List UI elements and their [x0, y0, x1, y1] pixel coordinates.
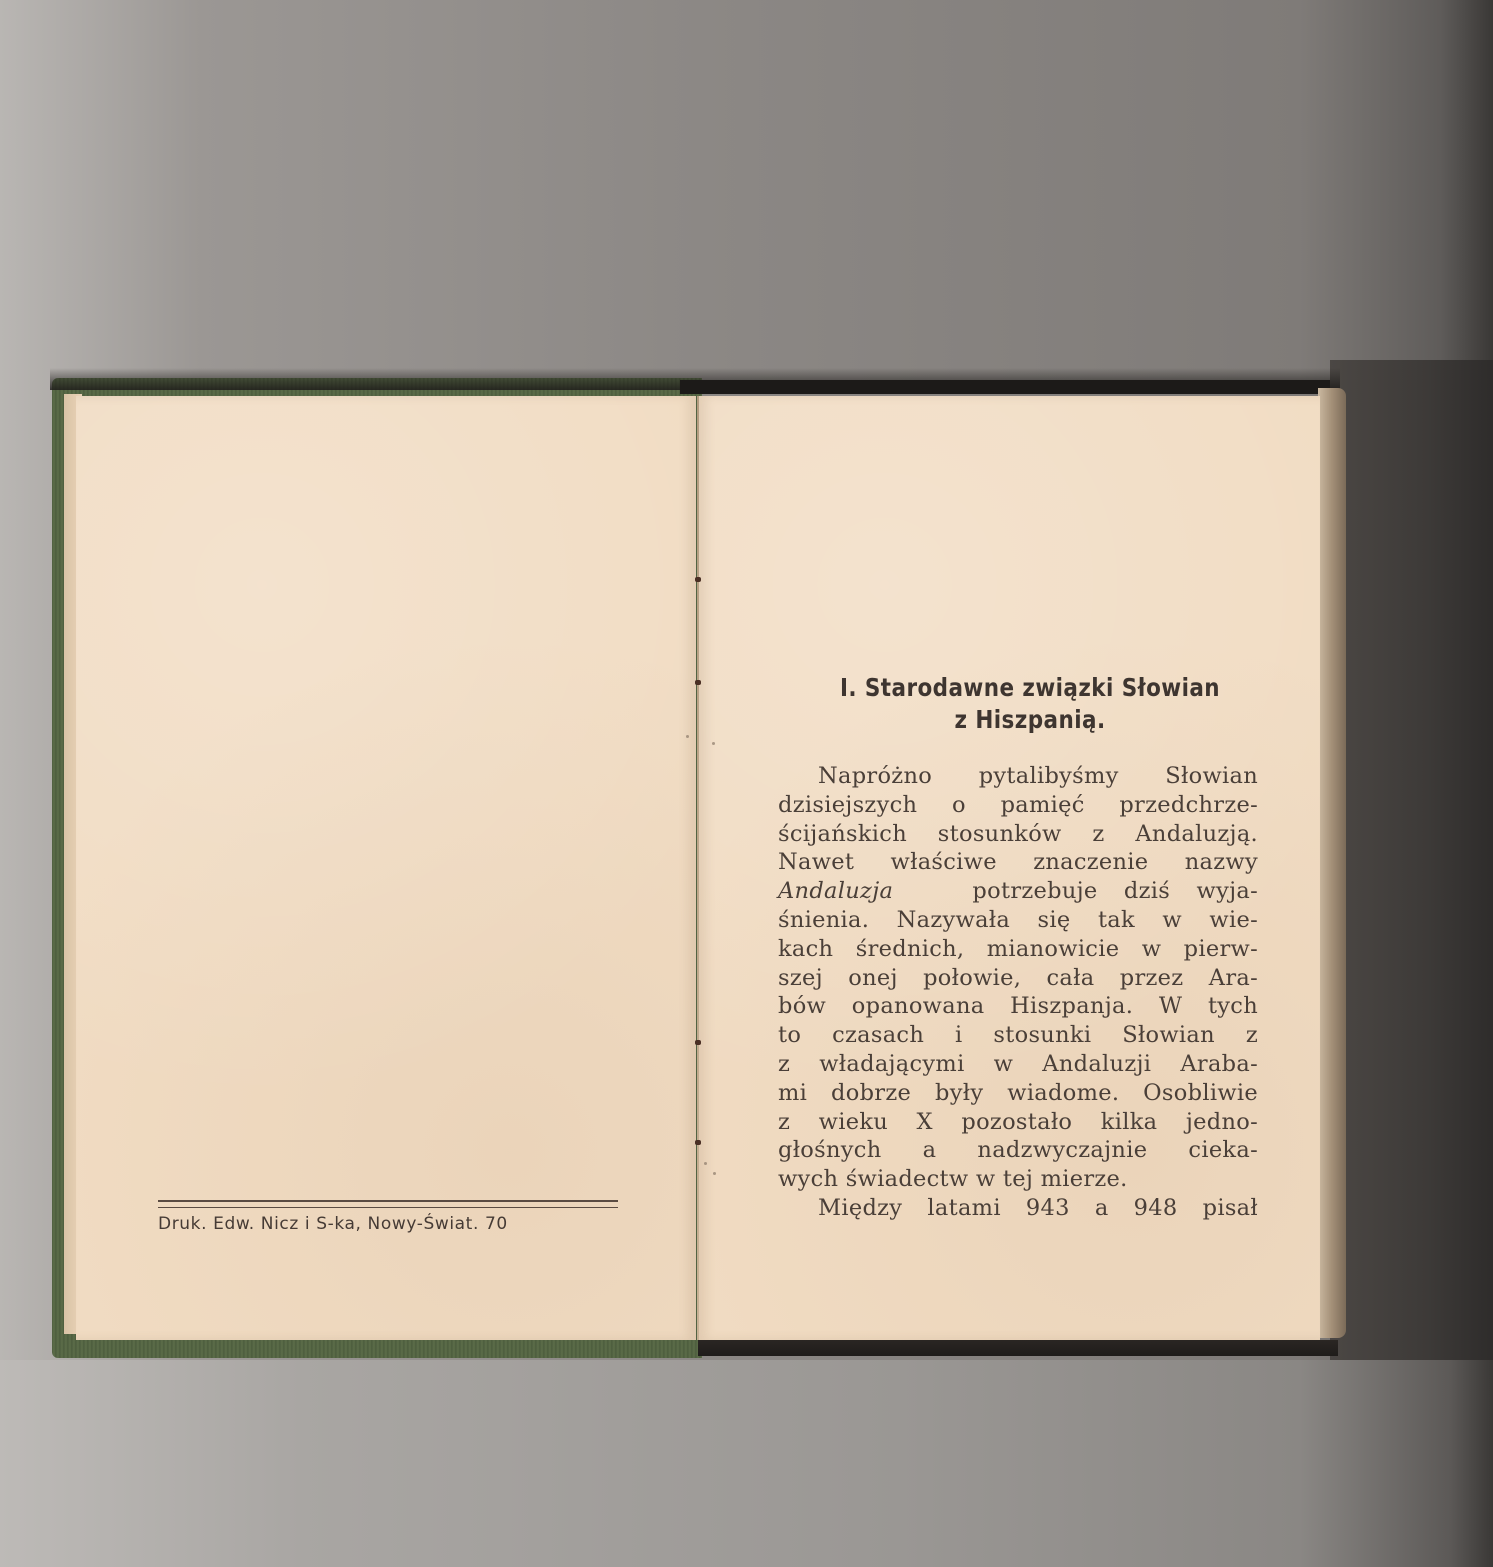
paper-blemish	[686, 735, 689, 738]
chapter-heading-line-2: z Hiszpanią.	[832, 704, 1228, 736]
binding-stitch	[695, 680, 701, 685]
book-cover-bottom-edge	[698, 1340, 1338, 1356]
chapter-heading-line-1: I. Starodawne związki Słowian	[832, 672, 1228, 704]
binding-stitch	[695, 577, 701, 582]
text-line: kach średnich, mianowicie w pierw-	[778, 935, 1258, 964]
text-line: śnienia. Nazywała się tak w wie-	[778, 906, 1258, 935]
printer-imprint: Druk. Edw. Nicz i S-ka, Nowy-Świat. 70	[158, 1214, 618, 1234]
book-gutter	[697, 396, 699, 1340]
text-line: Napróżno pytalibyśmy Słowian	[778, 762, 1258, 791]
text-line: Między latami 943 a 948 pisał	[778, 1194, 1258, 1223]
scanner-lid-shadow	[1330, 360, 1493, 1360]
binding-stitch	[695, 1140, 701, 1145]
text-line: mi dobrze były wiadome. Osobliwie	[778, 1079, 1258, 1108]
text-line: ścijańskich stosunków z Andaluzją.	[778, 820, 1258, 849]
text-line: głośnych a nadzwyczajnie cieka-	[778, 1136, 1258, 1165]
text-line: to czasach i stosunki Słowian z	[778, 1021, 1258, 1050]
paper-blemish	[704, 1162, 707, 1165]
chapter-heading: I. Starodawne związki Słowian z Hiszpani…	[832, 672, 1228, 736]
text-line: z władającymi w Andaluzji Araba-	[778, 1050, 1258, 1079]
text-line: Andaluzja potrzebuje dziś wyja-	[778, 877, 1258, 906]
text-line: z wieku X pozostało kilka jedno-	[778, 1108, 1258, 1137]
italic-term: Andaluzja	[778, 878, 893, 904]
left-page	[76, 396, 696, 1340]
text-line: wych świadectw w tej mierze.	[778, 1165, 1258, 1194]
imprint-rule	[158, 1200, 618, 1208]
scanner-background-bottom	[0, 1360, 1493, 1567]
paper-blemish	[712, 742, 715, 745]
binding-stitch	[695, 1040, 701, 1045]
chapter-body: Napróżno pytalibyśmy Słowian dzisiejszyc…	[778, 762, 1258, 1223]
book-cover-top-edge	[680, 380, 1330, 394]
paper-blemish	[713, 1172, 716, 1175]
page-block-edge	[1318, 388, 1346, 1338]
text-line: dzisiejszych o pamięć przedchrze-	[778, 791, 1258, 820]
text-line: Nawet właściwe znaczenie nazwy	[778, 848, 1258, 877]
text-line: bów opanowana Hiszpanja. W tych	[778, 992, 1258, 1021]
text-fragment: potrzebuje dziś wyja-	[972, 878, 1258, 904]
text-line: szej onej połowie, cała przez Ara-	[778, 964, 1258, 993]
